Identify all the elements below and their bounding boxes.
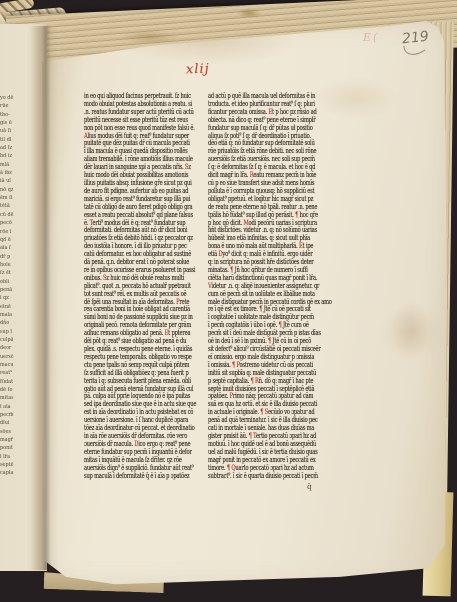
text-line: macu xyxy=(0,361,13,369)
text-line: mitas xyxy=(0,394,13,402)
text-line: hoīe xyxy=(0,261,13,269)
text-line: rōe ī xyxy=(0,228,13,236)
text-line: penā xyxy=(0,286,13,294)
text-line: tētā xyxy=(0,202,13,210)
text-line: iā ul xyxy=(0,177,13,185)
text-line: ā ibz xyxy=(0,169,13,177)
text-line: sōes xyxy=(0,428,13,436)
text-line: reat⁹ xyxy=(0,369,13,377)
text-line: capła xyxy=(0,469,13,477)
faint-corner-mark: E( xyxy=(363,31,379,44)
text-line: ī lr̄a xyxy=(0,453,13,461)
text-line: etnē xyxy=(0,303,13,311)
photo-of-incunabulum-page: { "page": { "printed_folio_number": "xli… xyxy=(0,0,457,602)
text-line: ēm ſi xyxy=(0,194,13,202)
stain xyxy=(120,30,180,44)
text-line: magr̄ xyxy=(0,436,13,444)
text-line: mala xyxy=(0,311,13,319)
catchword: q̄ xyxy=(307,482,312,491)
handwritten-underline-flourish xyxy=(401,44,433,60)
text-line: ad ſz xyxy=(0,144,13,152)
text-line: tbo- xyxy=(0,111,13,119)
text-line: pecm̄ xyxy=(0,411,13,419)
text-line: uersō xyxy=(0,353,13,361)
text-line: nō qz xyxy=(0,186,13,194)
text-line: dē fo xyxy=(0,386,13,394)
text-column-right: ad actū p quē illa macula uel deformitas… xyxy=(208,92,323,479)
text-line: cū dē xyxy=(0,211,13,219)
text-line: aīa ſ xyxy=(0,244,13,252)
stain xyxy=(390,300,430,360)
text-line: til dl xyxy=(0,136,13,144)
text-line: qd ē xyxy=(0,236,13,244)
text-line: mlā xyxy=(0,161,13,169)
text-line: dño xyxy=(0,319,13,327)
text-line: culpā xyxy=(0,336,13,344)
text-line: fūdat xyxy=(0,378,13,386)
facing-page-text-sliver: yo dērūetbo-gis ēuā ſitil dlad ſzbd izml… xyxy=(0,94,13,486)
text-line: gis ē xyxy=(0,119,13,127)
text-line: septē xyxy=(0,461,13,469)
printed-folio-number: xlij xyxy=(186,62,210,78)
text-line: sup maculā ī deformitatē q̄ ē ī aīa p ɔp… xyxy=(84,472,199,480)
text-column-left: in eo qui aliquod facinus perpetrauit. ſ… xyxy=(84,92,199,479)
stain xyxy=(236,8,262,18)
text-line: ponit xyxy=(0,444,13,452)
text-line: subtract⁹. ī sic ē quarta diuisio peccat… xyxy=(208,472,323,480)
text-line: ſz ēt xyxy=(0,269,13,277)
text-line: rūe xyxy=(0,102,13,110)
text-line: uā ſi xyxy=(0,127,13,135)
text-line: ī aīa xyxy=(0,403,13,411)
text-line: ī qz xyxy=(0,294,13,302)
text-line: bd iz xyxy=(0,152,13,160)
text-line: yo dē xyxy=(0,94,13,102)
facing-page: yo dērūetbo-gis ēuā ſitil dlad ſzbd izml… xyxy=(0,24,47,571)
text-line: dīui xyxy=(0,419,13,427)
text-line: obli xyxy=(0,278,13,286)
text-line: pecō xyxy=(0,219,13,227)
text-line: deor xyxy=(0,344,13,352)
text-line: dr̄ p xyxy=(0,253,13,261)
text-line: sup ī xyxy=(0,328,13,336)
